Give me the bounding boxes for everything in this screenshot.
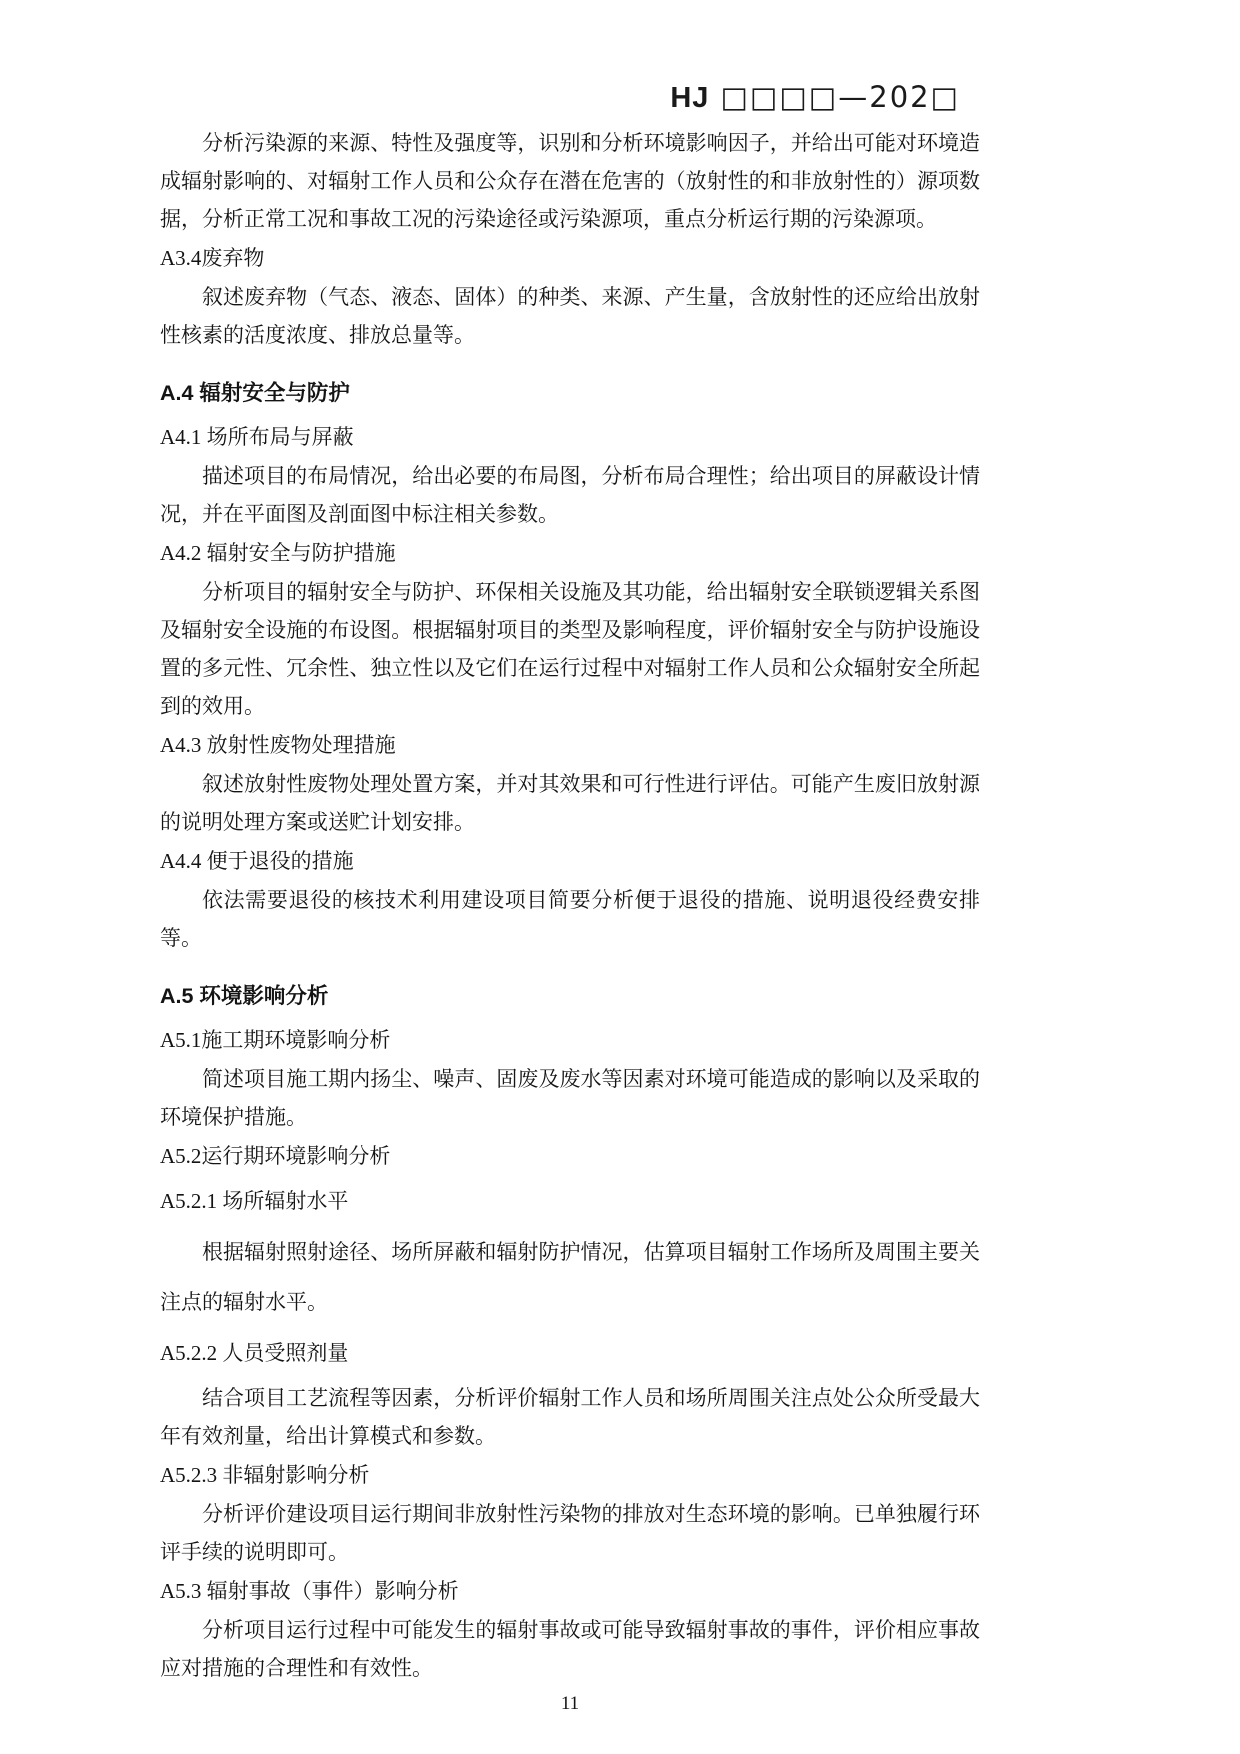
page-number: 11 [160, 1691, 980, 1717]
paragraph: 叙述废弃物（气态、液态、固体）的种类、来源、产生量，含放射性的还应给出放射性核素… [160, 278, 980, 354]
section-heading: A5.2.3 非辐射影响分析 [160, 1456, 980, 1494]
section-heading: A5.2.1 场所辐射水平 [160, 1182, 980, 1220]
section-heading: A5.1施工期环境影响分析 [160, 1021, 980, 1059]
paragraph: 叙述放射性废物处理处置方案，并对其效果和可行性进行评估。可能产生废旧放射源的说明… [160, 765, 980, 841]
section-heading: A4.3 放射性废物处理措施 [160, 726, 980, 764]
paragraph: 分析评价建设项目运行期间非放射性污染物的排放对生态环境的影响。已单独履行环评手续… [160, 1495, 980, 1571]
section-heading: A4.4 便于退役的措施 [160, 842, 980, 880]
standard-prefix: HJ [670, 82, 709, 114]
section-heading: A5.2.2 人员受照剂量 [160, 1334, 980, 1372]
document-code-header: HJ □□□□—202□ [160, 80, 960, 115]
paragraph: 分析污染源的来源、特性及强度等，识别和分析环境影响因子，并给出可能对环境造成辐射… [160, 124, 980, 238]
paragraph: 根据辐射照射途径、场所屏蔽和辐射防护情况，估算项目辐射工作场所及周围主要关注点的… [160, 1227, 980, 1327]
paragraph: 分析项目运行过程中可能发生的辐射事故或可能导致辐射事故的事件，评价相应事故应对措… [160, 1611, 980, 1687]
section-heading: A5.2运行期环境影响分析 [160, 1137, 980, 1175]
section-heading: A.4 辐射安全与防护 [160, 374, 980, 412]
paragraph: 结合项目工艺流程等因素，分析评价辐射工作人员和场所周围关注点处公众所受最大年有效… [160, 1379, 980, 1455]
paragraph: 描述项目的布局情况，给出必要的布局图，分析布局合理性；给出项目的屏蔽设计情况，并… [160, 457, 980, 533]
section-heading: A5.3 辐射事故（事件）影响分析 [160, 1572, 980, 1610]
section-heading: A3.4废弃物 [160, 239, 980, 277]
standard-number-placeholder: □□□□—202□ [709, 80, 960, 114]
document-page: HJ □□□□—202□ 分析污染源的来源、特性及强度等，识别和分析环境影响因子… [0, 0, 1240, 1754]
section-heading: A4.2 辐射安全与防护措施 [160, 534, 980, 572]
section-heading: A4.1 场所布局与屏蔽 [160, 418, 980, 456]
section-heading: A.5 环境影响分析 [160, 977, 980, 1015]
paragraph: 简述项目施工期内扬尘、噪声、固废及废水等因素对环境可能造成的影响以及采取的环境保… [160, 1060, 980, 1136]
document-body: 分析污染源的来源、特性及强度等，识别和分析环境影响因子，并给出可能对环境造成辐射… [160, 124, 980, 1717]
paragraph: 分析项目的辐射安全与防护、环保相关设施及其功能，给出辐射安全联锁逻辑关系图及辐射… [160, 573, 980, 725]
paragraph: 依法需要退役的核技术利用建设项目简要分析便于退役的措施、说明退役经费安排等。 [160, 881, 980, 957]
